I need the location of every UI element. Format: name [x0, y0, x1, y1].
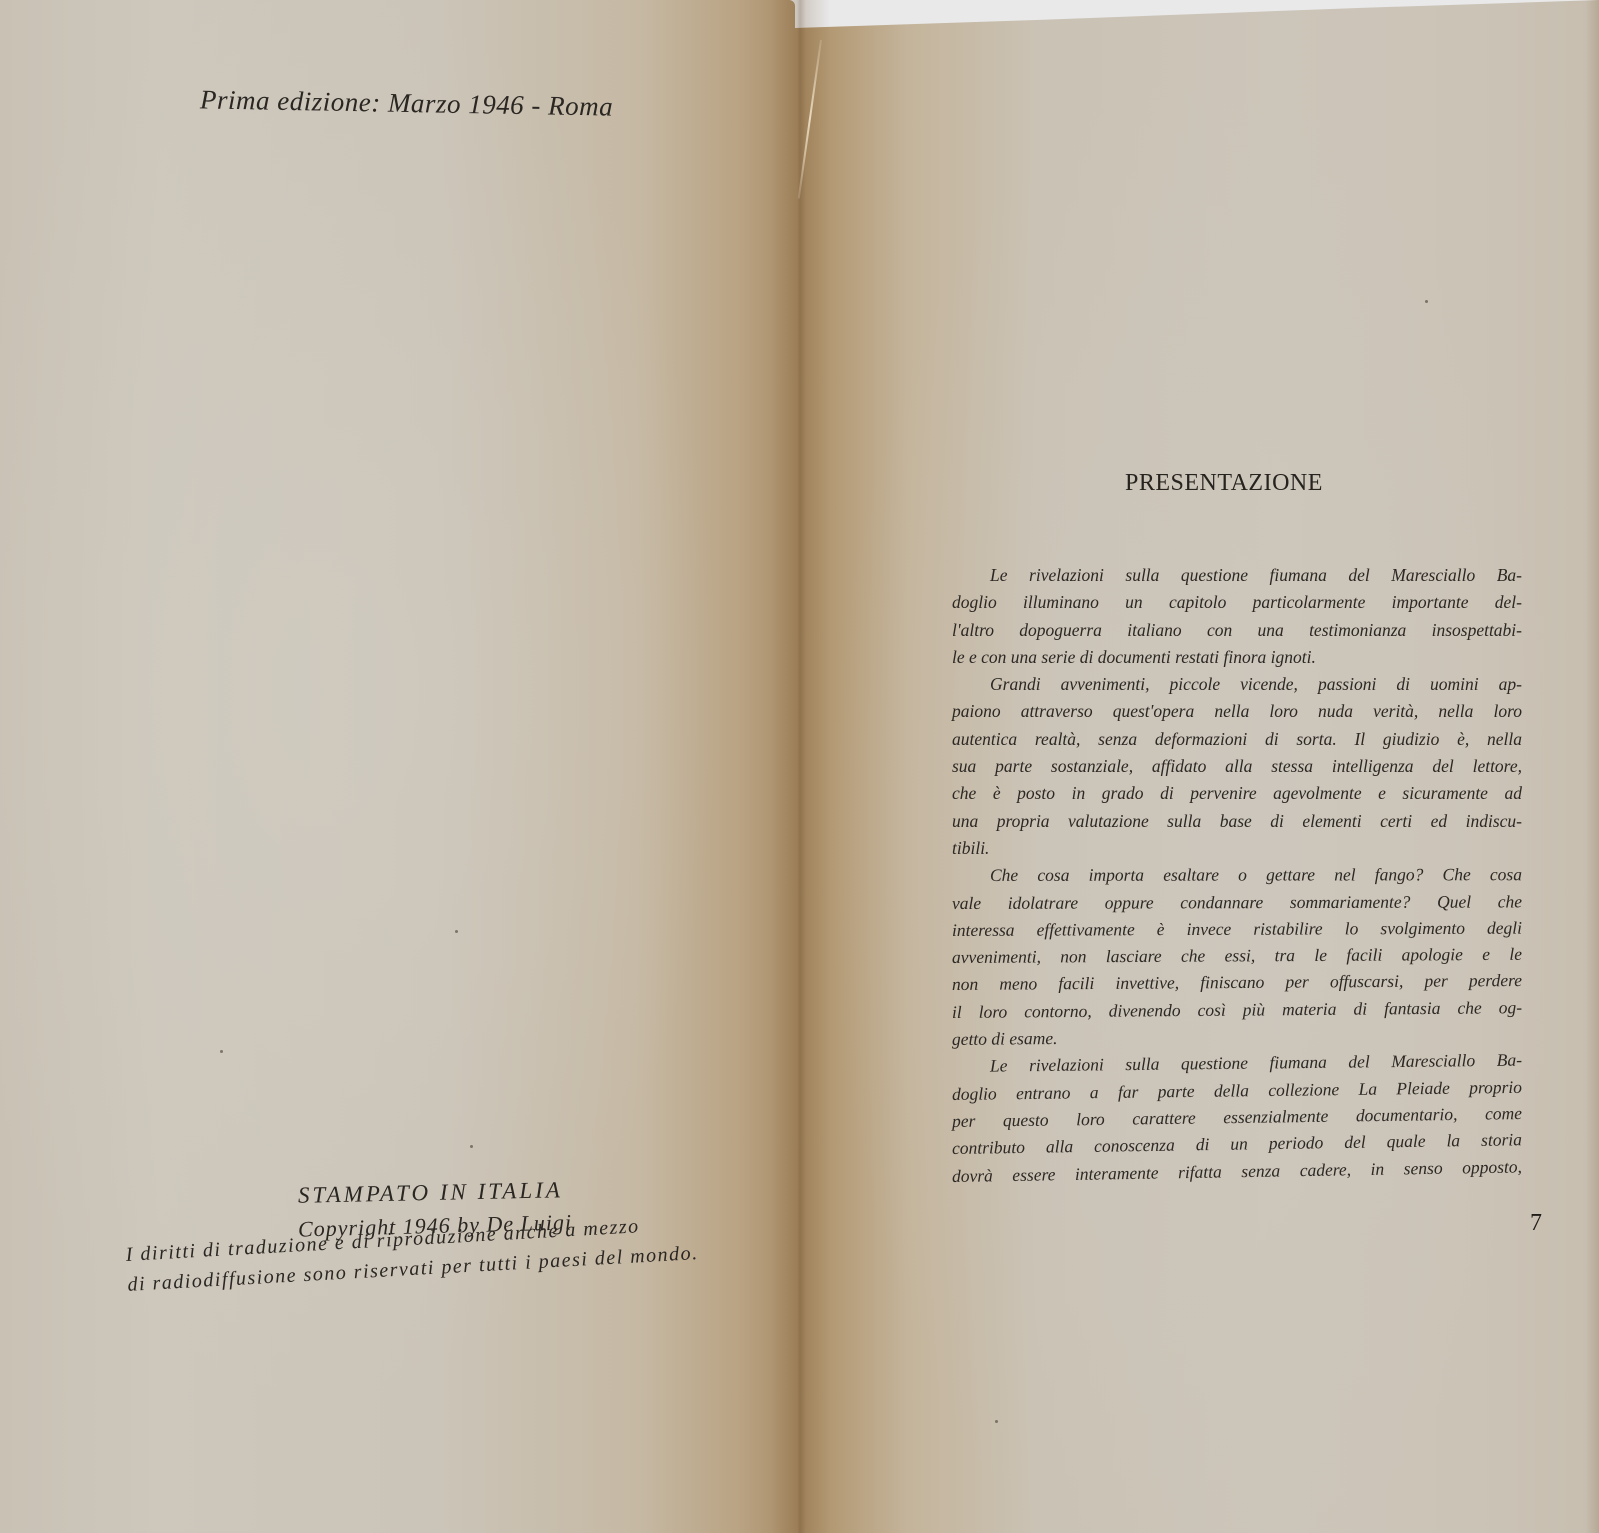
paper-speck — [1425, 300, 1428, 303]
text-line: l'altro dopoguerra italiano con una test… — [952, 617, 1522, 644]
text-line: sua parte sostanziale, affidato alla ste… — [952, 753, 1522, 780]
text-line: tibili. — [952, 835, 1522, 862]
text-line: Grandi avvenimenti, piccole vicende, pas… — [952, 671, 1522, 698]
text-line: che è posto in grado di pervenire agevol… — [952, 780, 1522, 807]
page-number: 7 — [1530, 1210, 1542, 1237]
text-line: paiono attraverso quest'opera nella loro… — [952, 698, 1522, 725]
open-book-spread: Prima edizione: Marzo 1946 - Roma STAMPA… — [0, 0, 1599, 1533]
section-heading: PRESENTAZIONE — [1125, 470, 1323, 497]
text-line: Che cosa importa esaltare o gettare nel … — [952, 861, 1522, 889]
paper-speck — [470, 1145, 473, 1148]
page-edge — [1585, 0, 1599, 1533]
paper-speck — [995, 1420, 998, 1423]
text-line: vale idolatrare oppure condannare sommar… — [952, 888, 1522, 917]
presentation-body: Le rivelazioni sulla questione fiumana d… — [952, 562, 1522, 1190]
text-line: doglio illuminano un capitolo particolar… — [952, 589, 1522, 616]
text-line: interessa effettivamente è invece ristab… — [952, 914, 1522, 944]
printed-in-label: STAMPATO IN ITALIA — [298, 1177, 563, 1209]
paper-speck — [455, 930, 458, 933]
left-page: Prima edizione: Marzo 1946 - Roma STAMPA… — [0, 0, 795, 1533]
paper-speck — [220, 1050, 223, 1053]
text-line: Le rivelazioni sulla questione fiumana d… — [952, 562, 1522, 589]
text-line: autentica realtà, senza deformazioni di … — [952, 726, 1522, 753]
edition-line: Prima edizione: Marzo 1946 - Roma — [200, 84, 614, 122]
text-line: una propria valutazione sulla base di el… — [952, 808, 1522, 835]
text-line: le e con una serie di documenti restati … — [952, 644, 1522, 671]
